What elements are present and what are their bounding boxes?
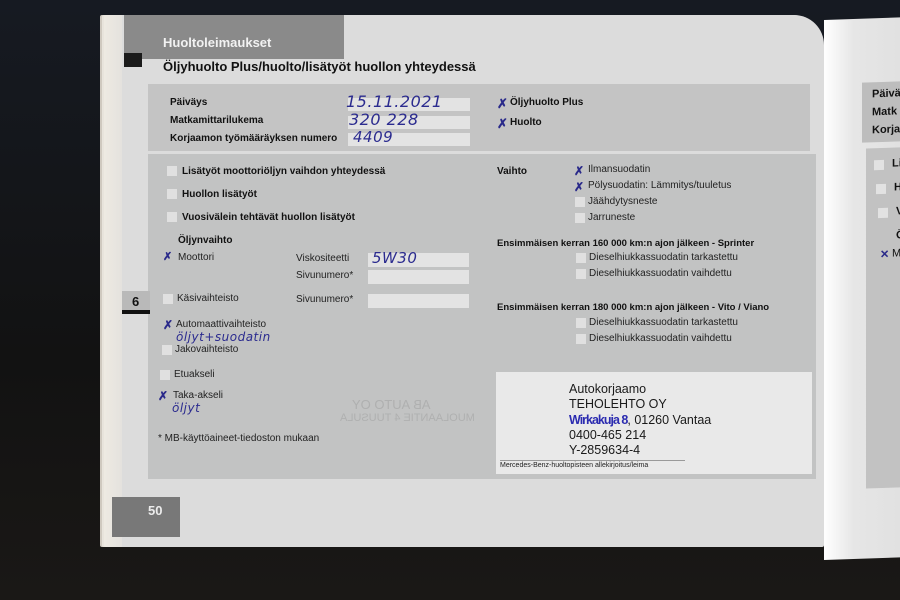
stamp-address-redacted: Wirkakuja 8 [569,413,627,427]
right-page-label: Matk [872,105,897,118]
oil-service-plus-check-icon[interactable]: ✗ [497,97,508,110]
manual-gearbox-checkbox[interactable] [163,294,173,304]
brake-fluid-checkbox[interactable] [575,213,585,223]
section-marker [124,53,142,67]
bleed-through-text: AB AUTO OY [352,397,431,412]
right-page-label: Öl [896,229,900,241]
service-label: Huolto [510,117,542,128]
engine-page-number-label: Sivunumero* [296,270,353,281]
air-filter-check-icon[interactable]: ✗ [574,165,584,177]
right-page-label: Vu [896,205,900,217]
stamp-caption: Mercedes-Benz-huoltopisteen allekirjoitu… [500,462,648,469]
manual-gearbox-label: Käsivaihteisto [177,293,239,304]
sprinter-heading: Ensimmäisen kerran 160 000 km:n ajon jäl… [497,238,754,249]
stamp-company-name: TEHOLEHTO OY [569,397,667,411]
extra-work-oil-change-label: Lisätyöt moottoriöljyn vaihdon yhteydess… [182,166,385,177]
coolant-label: Jäähdytysneste [588,196,658,207]
bleed-through-text: MUOLAANTIE 4 TUUSULA [340,412,475,424]
stamp-business-id: Y-2859634-4 [569,443,640,457]
rear-axle-label: Taka-akseli [173,390,223,401]
annual-extra-work-label: Vuosivälein tehtävät huollon lisätyöt [182,212,355,223]
chapter-bar [122,310,150,314]
manual-page-number-label: Sivunumero* [296,294,353,305]
annual-extra-work-checkbox[interactable] [167,212,177,222]
engine-label: Moottori [178,252,214,263]
right-page-label: Hu [894,181,900,194]
vito-dpf-checked-checkbox[interactable] [576,318,586,328]
section-title: Huoltoleimaukset [163,35,271,50]
odometer-label: Matkamittarilukema [170,115,263,126]
sprinter-dpf-checked-checkbox[interactable] [576,253,586,263]
brake-fluid-label: Jarruneste [588,212,635,223]
rear-axle-check-icon[interactable]: ✗ [158,390,168,402]
page-subtitle: Öljyhuolto Plus/huolto/lisätyöt huollon … [163,59,476,74]
right-page-label: Päivä [872,87,900,100]
right-page-checkbox [878,208,888,218]
right-page-label: Korja [872,123,900,136]
cabin-filter-check-icon[interactable]: ✗ [574,181,584,193]
footnote: * MB-käyttöaineet-tiedoston mukaan [158,433,319,444]
vito-dpf-checked-label: Dieselhiukkassuodatin tarkastettu [589,317,738,328]
oil-change-heading: Öljynvaihto [178,235,232,246]
transfer-case-checkbox[interactable] [162,345,172,355]
manual-page-number-field[interactable] [368,294,469,308]
stamp-address: Wirkakuja 8, 01260 Vantaa [569,413,711,427]
replacement-heading: Vaihto [497,166,527,177]
stamp-address-city: , 01260 Vantaa [627,413,711,427]
right-page-label: Mo [892,247,900,260]
air-filter-label: Ilmansuodatin [588,164,650,175]
right-page-checkbox [874,160,884,170]
sprinter-dpf-checked-label: Dieselhiukkassuodatin tarkastettu [589,252,738,263]
right-page-main-panel [866,146,900,489]
work-order-label: Korjaamon työmääräyksen numero [170,133,337,144]
work-order-value: 4409 [353,128,393,146]
date-value: 15.11.2021 [346,92,443,111]
odometer-value: 320 228 [349,110,419,129]
automatic-gearbox-note: öljyt+suodatin [176,330,271,344]
automatic-gearbox-check-icon[interactable]: ✗ [163,319,173,331]
transfer-case-label: Jakovaihteisto [175,344,238,355]
automatic-gearbox-label: Automaattivaihteisto [176,319,266,330]
right-page-label: Lis [892,157,900,170]
right-page-checkbox [876,184,886,194]
coolant-checkbox[interactable] [575,197,585,207]
service-check-icon[interactable]: ✗ [497,117,508,130]
vito-dpf-replaced-checkbox[interactable] [576,334,586,344]
signature-line [500,460,685,461]
right-page-x-mark: ✕ [880,248,889,261]
front-axle-label: Etuakseli [174,369,215,380]
viscosity-label: Viskositeetti [296,253,349,264]
extra-work-oil-change-checkbox[interactable] [167,166,177,176]
stamp-phone: 0400-465 214 [569,428,646,442]
page-number-tab [112,497,180,537]
vito-dpf-replaced-label: Dieselhiukkassuodatin vaihdettu [589,333,732,344]
extra-service-work-checkbox[interactable] [167,189,177,199]
right-page: Päivä Matk Korja Lis Hu Vu Öl ✕ Mo [824,17,900,560]
sprinter-dpf-replaced-label: Dieselhiukkassuodatin vaihdettu [589,268,732,279]
date-label: Päiväys [170,97,207,108]
page-number: 50 [148,503,162,518]
engine-check-icon[interactable]: ✗ [163,252,172,263]
sprinter-dpf-replaced-checkbox[interactable] [576,269,586,279]
cabin-filter-label: Pölysuodatin: Lämmitys/tuuletus [588,180,731,191]
oil-service-plus-label: Öljyhuolto Plus [510,97,583,108]
engine-page-number-field[interactable] [368,270,469,284]
rear-axle-note: öljyt [172,401,200,415]
viscosity-value: 5W30 [372,249,417,267]
vito-heading: Ensimmäisen kerran 180 000 km:n ajon jäl… [497,302,769,313]
extra-service-work-label: Huollon lisätyöt [182,189,257,200]
front-axle-checkbox[interactable] [160,370,170,380]
stamp-line-1: Autokorjaamo [569,382,646,396]
chapter-number: 6 [132,294,139,309]
